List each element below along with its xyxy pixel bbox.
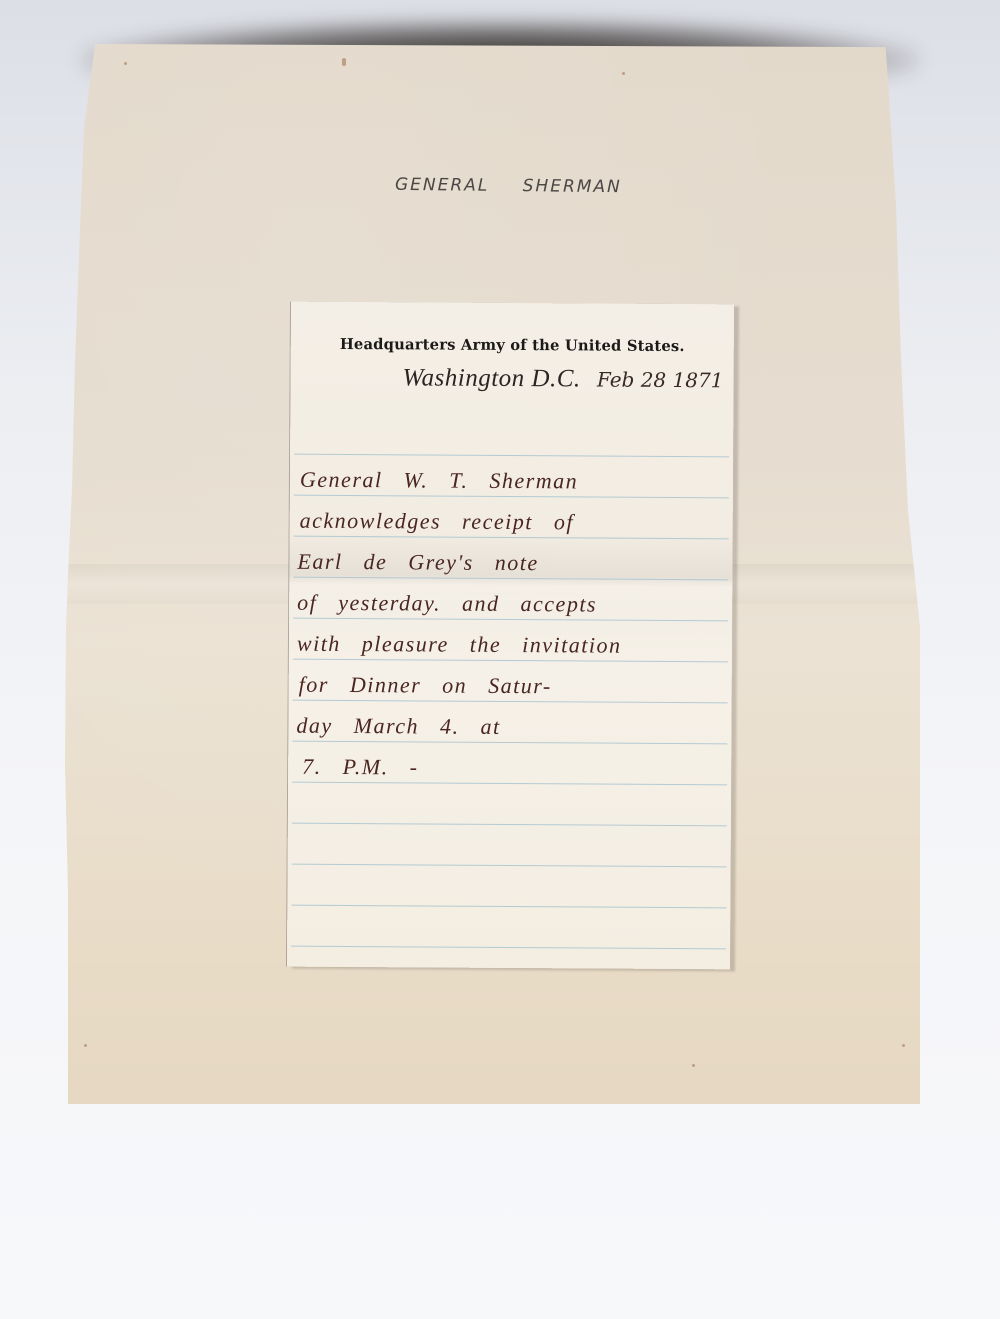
letterhead-dateline: Washington D.C. Feb 28 1871	[402, 364, 723, 394]
ruled-line	[294, 536, 729, 540]
pencil-annotation: GENERAL SHERMAN	[395, 175, 622, 197]
ruled-line	[293, 577, 728, 581]
ruled-line	[292, 741, 727, 745]
foxing-spot	[692, 1064, 695, 1067]
letterhead-title: Headquarters Army of the United States.	[295, 335, 729, 356]
handwritten-line: General W. T. Sherman	[300, 467, 578, 495]
ruled-line	[294, 495, 729, 499]
ruled-line	[294, 454, 729, 458]
foxing-spot	[84, 1044, 87, 1047]
ruled-line	[291, 905, 726, 909]
handwritten-date: Feb 28 1871	[597, 368, 724, 393]
ruled-line	[293, 659, 728, 663]
ruled-line	[292, 823, 727, 827]
ruled-line	[292, 864, 727, 868]
handwritten-line: of yesterday. and accepts	[297, 590, 597, 618]
ruled-line	[291, 946, 726, 950]
foxing-spot	[622, 72, 625, 75]
ruled-line	[293, 618, 728, 622]
handwritten-line: for Dinner on Satur-	[299, 672, 552, 700]
letterhead-place: Washington D.C.	[402, 364, 580, 392]
handwritten-line: Earl de Grey's note	[297, 549, 538, 576]
ruled-line	[292, 782, 727, 786]
handwritten-line: 7. P.M. -	[302, 754, 418, 781]
ruled-line	[293, 700, 728, 704]
foxing-spot	[342, 58, 346, 66]
foxing-spot	[124, 62, 127, 65]
letter-card: Headquarters Army of the United States. …	[287, 302, 734, 970]
foxing-spot	[902, 1044, 905, 1047]
handwritten-line: day March 4. at	[296, 713, 500, 740]
handwritten-line: with pleasure the invitation	[297, 631, 622, 659]
handwritten-line: acknowledges receipt of	[300, 508, 574, 536]
